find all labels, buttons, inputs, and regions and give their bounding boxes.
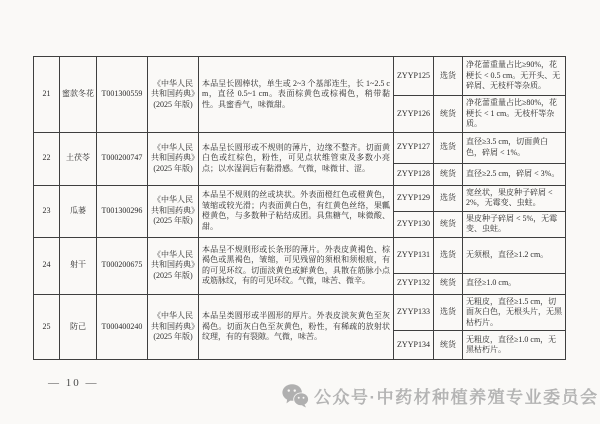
herb-description: 本品呈长圆形或不规则的薄片，边缘不整齐。切面黄白色或红棕色，粉性，可见点状维管束… (199, 132, 394, 185)
herb-name: 蜜款冬花 (60, 57, 97, 133)
spec-requirements: 无须根，直径≥1.2 cm。 (463, 237, 566, 273)
herb-spec-table: 21 蜜款冬花 T001300559 《中华人民共和国药典》(2025 年版) … (33, 56, 566, 360)
herb-name: 防己 (60, 294, 97, 360)
spec-requirements: 宽丝状，果皮种子碎屑 < 2%，无霉变、虫蛀。 (463, 185, 566, 211)
herb-code: T001300559 (97, 57, 148, 133)
grade: 统货 (434, 331, 463, 360)
spec-requirements: 无粗皮，直径≥1.0 cm，无黑枯朽片。 (463, 331, 566, 360)
spec-code: ZYYP130 (394, 211, 434, 237)
herb-description: 本品呈不规则的丝或块状。外表面橙红色或橙黄色，皱缩或较光滑；内表面黄白色，有红黄… (199, 185, 394, 237)
spec-requirements: 直径≥1.0 cm。 (463, 273, 566, 294)
herb-code: T001300296 (97, 185, 148, 237)
row-number: 21 (34, 57, 60, 133)
grade: 统货 (434, 211, 463, 237)
grade: 选货 (434, 294, 463, 331)
pharmacopoeia-source: 《中华人民共和国药典》(2025 年版) (148, 185, 199, 237)
herb-description: 本品呈长圆棒状，单生或 2~3 个基部连生，长 1~2.5 cm，直径 0.5~… (199, 57, 394, 133)
spec-code: ZYYP131 (394, 237, 434, 273)
grade: 选货 (434, 57, 463, 96)
herb-name: 射干 (60, 237, 97, 294)
grade: 选货 (434, 185, 463, 211)
watermark: 公众号·中药材种植养殖专业委员会 (282, 383, 599, 408)
spec-requirements: 直径≥2.5 cm，碎屑 < 3%。 (463, 163, 566, 185)
spec-code: ZYYP127 (394, 132, 434, 163)
watermark-text: 公众号·中药材种植养殖专业委员会 (314, 383, 599, 408)
row-number: 23 (34, 185, 60, 237)
spec-code: ZYYP134 (394, 331, 434, 360)
spec-code: ZYYP126 (394, 96, 434, 133)
pharmacopoeia-source: 《中华人民共和国药典》(2025 年版) (148, 57, 199, 133)
pharmacopoeia-source: 《中华人民共和国药典》(2025 年版) (148, 237, 199, 294)
grade: 统货 (434, 96, 463, 133)
grade: 统货 (434, 163, 463, 185)
footer-page-number: — 10 — (48, 377, 99, 389)
spec-requirements: 净花蕾重量占比≥90%，花梗长 < 0.5 cm。无开头、无碎屑、无枝杆等杂质。 (463, 57, 566, 96)
wechat-icon (282, 383, 309, 408)
spec-requirements: 直径≥3.5 cm，切面黄白色，碎屑 < 1%。 (463, 132, 566, 163)
spec-requirements: 无粗皮，直径≥1.5 cm，切面灰白色，无根头片，无黑枯朽片。 (463, 294, 566, 331)
spec-code: ZYYP133 (394, 294, 434, 331)
spec-requirements: 果皮种子碎屑 < 5%，无霉变、虫蛀。 (463, 211, 566, 237)
spec-code: ZYYP132 (394, 273, 434, 294)
spec-requirements: 净花蕾重量占比≥80%，花梗长 < 1 cm。无枝杆等杂质。 (463, 96, 566, 133)
spec-code: ZYYP125 (394, 57, 434, 96)
herb-description: 本品呈不规则形或长条形的薄片。外表皮黄褐色、棕褐色或黑褐色，皱缩，可见残留的须根… (199, 237, 394, 294)
row-number: 25 (34, 294, 60, 360)
herb-code: T000200675 (97, 237, 148, 294)
spec-code: ZYYP128 (394, 163, 434, 185)
grade: 统货 (434, 273, 463, 294)
row-number: 24 (34, 237, 60, 294)
herb-code: T000400240 (97, 294, 148, 360)
grade: 选货 (434, 132, 463, 163)
herb-description: 本品呈类圆形或半圆形的厚片。外表皮淡灰黄色至灰褐色。切面灰白色至灰黄色，粉性，有… (199, 294, 394, 360)
row-number: 22 (34, 132, 60, 185)
pharmacopoeia-source: 《中华人民共和国药典》(2025 年版) (148, 294, 199, 360)
herb-code: T000200747 (97, 132, 148, 185)
grade: 选货 (434, 237, 463, 273)
herb-name: 土茯苓 (60, 132, 97, 185)
herb-name: 瓜蒌 (60, 185, 97, 237)
spec-code: ZYYP129 (394, 185, 434, 211)
pharmacopoeia-source: 《中华人民共和国药典》(2025 年版) (148, 132, 199, 185)
